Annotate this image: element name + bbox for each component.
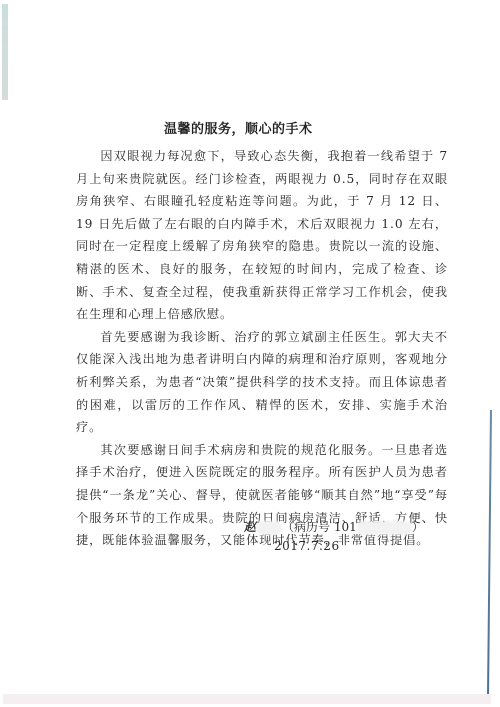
redacted-name — [256, 521, 282, 535]
paragraph-1: 因双眼视力每况愈下，导致心态失衡，我抱着一线希望于 7 月上旬来贵院就医。经门诊… — [76, 145, 448, 326]
letter-date: 2017.7.26 — [274, 539, 340, 553]
letter-title: 温馨的服务，顺心的手术 — [116, 118, 454, 137]
record-number-prefix: （病历号 101 — [282, 520, 357, 534]
letter-body: 因双眼视力每况愈下，导致心态失衡，我抱着一线希望于 7 月上旬来贵院就医。经门诊… — [76, 145, 448, 552]
signer-name: 赵 — [244, 520, 256, 534]
paragraph-2: 首先要感谢为我诊断、治疗的郭立斌副主任医生。郭大夫不仅能深入浅出地为患者讲明白内… — [76, 326, 448, 439]
scan-bottom-strip — [3, 694, 491, 704]
scan-edge-line — [487, 410, 492, 702]
redacted-record-number — [357, 521, 412, 535]
scan-edge-strip — [2, 4, 8, 100]
signature-line: 赵（病历号 101） — [244, 518, 424, 535]
record-number-suffix: ） — [412, 520, 424, 534]
